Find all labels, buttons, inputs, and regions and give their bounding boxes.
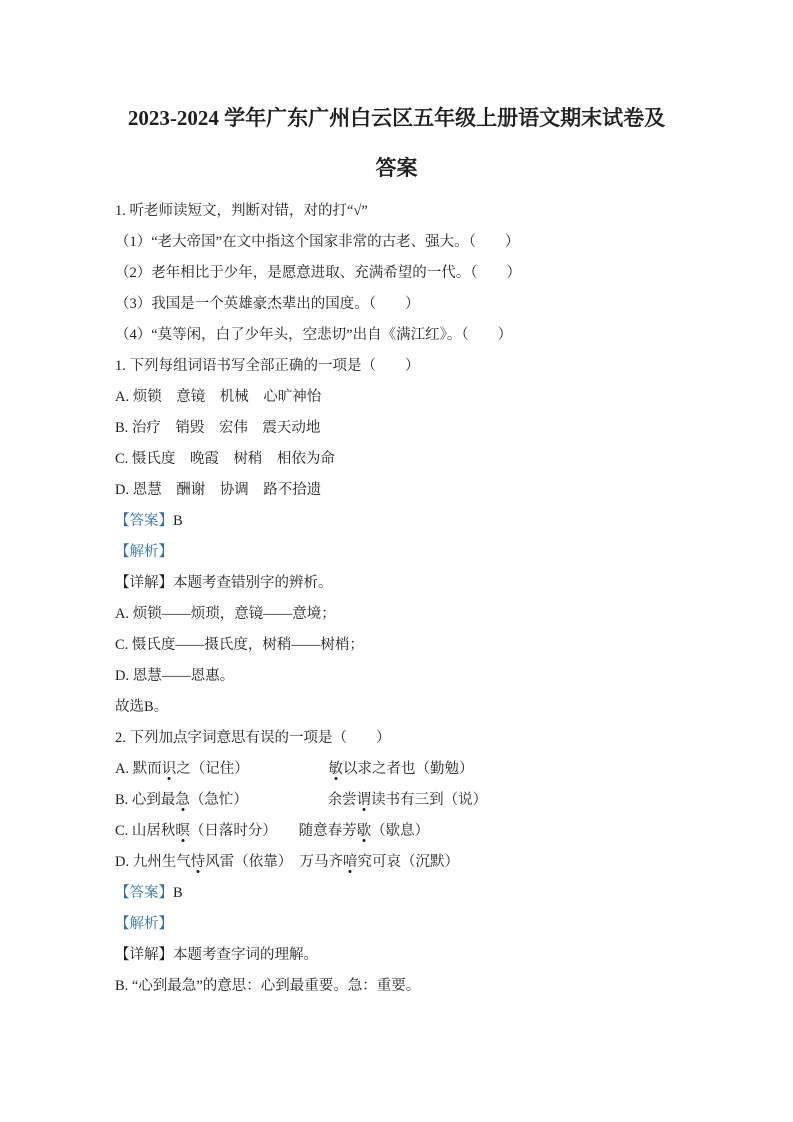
word-meaning-option-d: D. 九州生气恃风雷（依靠） 万马齐喑究可哀（沉默）	[115, 847, 693, 878]
analysis-label: 【解析】	[115, 537, 693, 568]
listening-sub-item-2: （2）老年相比于少年，是愿意进取、充满希望的一代。（ ）	[115, 258, 693, 289]
detail-line: C. 慑氏度——摄氏度，树稍——树梢；	[115, 630, 693, 661]
word-spelling-option-b: B. 治疗 销毁 宏伟 震天动地	[115, 413, 693, 444]
detail-line: 【详解】本题考查字词的理解。	[115, 940, 693, 971]
document-body: 1. 听老师读短文，判断对错，对的打“√” （1）“老大帝国”在文中指这个国家非…	[115, 196, 693, 1002]
detail-line: A. 烦锁——烦琐，意镜——意境；	[115, 599, 693, 630]
document-title: 2023-2024 学年广东广州白云区五年级上册语文期末试卷及 答案	[0, 0, 793, 193]
detail-line: 故选B。	[115, 692, 693, 723]
answer-value: B	[173, 513, 183, 529]
listening-sub-item-3: （3）我国是一个英雄豪杰辈出的国度。（ ）	[115, 289, 693, 320]
listening-question-prompt: 1. 听老师读短文，判断对错，对的打“√”	[115, 196, 693, 227]
word-meaning-option-a: A. 默而识之（记住） 敏以求之者也（勤勉）	[115, 754, 693, 785]
detail-line: 【详解】本题考查错别字的辨析。	[115, 568, 693, 599]
title-line-1: 2023-2024 学年广东广州白云区五年级上册语文期末试卷及	[0, 93, 793, 143]
listening-sub-item-1: （1）“老大帝国”在文中指这个国家非常的古老、强大。（ ）	[115, 227, 693, 258]
word-spelling-question-prompt: 1. 下列每组词语书写全部正确的一项是（ ）	[115, 351, 693, 382]
answer-value: B	[173, 885, 183, 901]
answer-line: 【答案】B	[115, 506, 693, 537]
analysis-label: 【解析】	[115, 909, 693, 940]
detail-line: B. “心到最急”的意思：心到最重要。急：重要。	[115, 971, 693, 1002]
title-line-2: 答案	[0, 143, 793, 193]
detail-line: D. 恩慧——恩惠。	[115, 661, 693, 692]
word-spelling-option-a: A. 烦锁 意镜 机械 心旷神怡	[115, 382, 693, 413]
answer-label: 【答案】	[115, 513, 173, 529]
answer-line: 【答案】B	[115, 878, 693, 909]
word-spelling-option-d: D. 恩慧 酬谢 协调 路不拾遗	[115, 475, 693, 506]
word-spelling-option-c: C. 慑氏度 晚霞 树稍 相依为命	[115, 444, 693, 475]
word-meaning-option-b: B. 心到最急（急忙） 余尝谓读书有三到（说）	[115, 785, 693, 816]
answer-label: 【答案】	[115, 885, 173, 901]
listening-sub-item-4: （4）“莫等闲，白了少年头，空悲切”出自《满江红》。（ ）	[115, 320, 693, 351]
word-meaning-question-prompt: 2. 下列加点字词意思有误的一项是（ ）	[115, 723, 693, 754]
word-meaning-option-c: C. 山居秋暝（日落时分） 随意春芳歇（歇息）	[115, 816, 693, 847]
exam-document-page: 2023-2024 学年广东广州白云区五年级上册语文期末试卷及 答案 1. 听老…	[0, 0, 793, 1122]
